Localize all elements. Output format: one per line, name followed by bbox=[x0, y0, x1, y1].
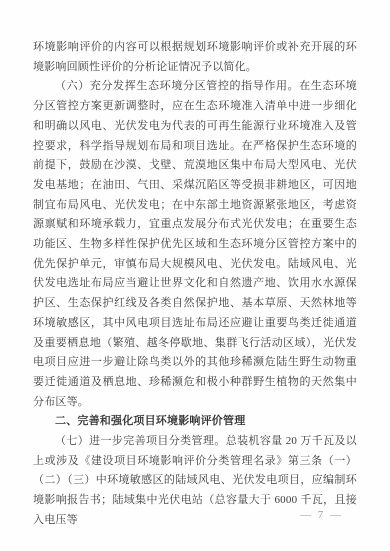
section-heading: 二、完善和强化项目环境影响评价管理 bbox=[33, 412, 357, 432]
page-number: — 7 — bbox=[300, 509, 343, 521]
paragraph-item-six: （六）充分发挥生态环境分区管控的指导作用。在生态环境分区管控方案更新调整时，应在… bbox=[33, 77, 357, 412]
document-body: 环境影响评价的内容可以根据规划环境影响评价或补充开展的环境影响回顾性评价的分析论… bbox=[33, 38, 357, 531]
paragraph-continuation: 环境影响评价的内容可以根据规划环境影响评价或补充开展的环境影响回顾性评价的分析论… bbox=[33, 38, 357, 77]
document-page: 环境影响评价的内容可以根据规划环境影响评价或补充开展的环境影响回顾性评价的分析论… bbox=[0, 0, 390, 551]
